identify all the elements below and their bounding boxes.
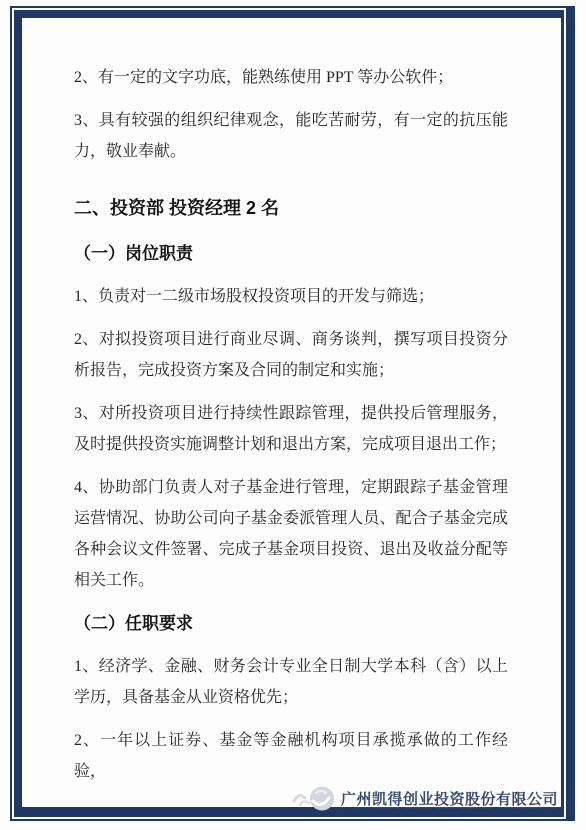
company-logo-icon [292,785,336,812]
duty-item-1: 1、负责对一二级市场股权投资项目的开发与筛选； [74,281,508,312]
subsection-heading-requirements: （二）任职要求 [74,608,508,639]
section-title-investment-dept: 二、投资部 投资经理 2 名 [74,193,508,224]
requirement-item-2: 2、一年以上证券、基金等金融机构项目承揽承做的工作经验， [74,725,508,787]
duty-item-3: 3、对所投资项目进行持续性跟踪管理，提供投后管理服务，及时提供投资实施调整计划和… [74,398,508,460]
document-content: 2、有一定的文字功底，能熟练使用 PPT 等办公软件； 3、具有较强的组织纪律观… [22,18,561,807]
paragraph-carryover-2: 2、有一定的文字功底，能熟练使用 PPT 等办公软件； [74,62,508,93]
subsection-heading-duties: （一）岗位职责 [74,238,508,269]
requirement-item-1: 1、经济学、金融、财务会计专业全日制大学本科（含）以上学历，具备基金从业资格优先… [74,651,508,713]
duty-item-4: 4、协助部门负责人对子基金进行管理，定期跟踪子基金管理运营情况、协助公司向子基金… [74,472,508,596]
page-border-inner: 2、有一定的文字功底，能熟练使用 PPT 等办公软件； 3、具有较强的组织纪律观… [14,10,564,817]
duty-item-2: 2、对拟投资项目进行商业尽调、商务谈判，撰写项目投资分析报告，完成投资方案及合同… [74,324,508,386]
page-border-outer: 2、有一定的文字功底，能熟练使用 PPT 等办公软件； 3、具有较强的组织纪律观… [10,6,575,821]
paragraph-carryover-3: 3、具有较强的组织纪律观念，能吃苦耐劳，有一定的抗压能力，敬业奉献。 [74,105,508,167]
company-watermark: 广州凯得创业投资股份有限公司 [292,785,558,812]
document-page: 2、有一定的文字功底，能熟练使用 PPT 等办公软件； 3、具有较强的组织纪律观… [0,0,586,830]
company-name: 广州凯得创业投资股份有限公司 [341,788,558,809]
